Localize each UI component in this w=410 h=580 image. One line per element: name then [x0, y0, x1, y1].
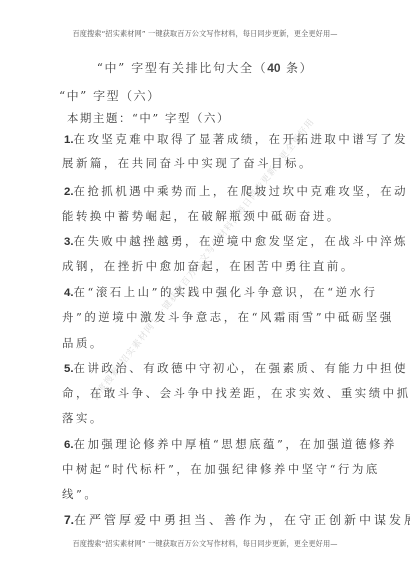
item-2-line-1: 2.在抢抓机遇中乘势而上，在爬坡过坎中克难攻坚，在动: [64, 183, 408, 199]
item-text: 在失败中越挫越勇，在逆境中愈发坚定，在战斗中淬炼: [74, 234, 409, 248]
item-5-line-3: 落实。: [62, 410, 104, 426]
section-heading: “中” 字型（六）: [59, 87, 161, 104]
item-number: 6.: [64, 439, 74, 451]
document-title: “中” 字型有关排比句大全（40 条）: [0, 59, 410, 76]
item-3-line-1: 3.在失败中越挫越勇，在逆境中愈发坚定，在战斗中淬炼: [64, 233, 408, 249]
item-3-line-2: 成钢，在挫折中愈加奋起，在困苦中勇往直前。: [62, 258, 355, 274]
item-6-line-3: 线”。: [62, 486, 98, 502]
item-number: 5.: [64, 363, 74, 375]
item-text: 在讲政治、有政德中守初心，在强素质、有能力中担使: [74, 361, 409, 375]
item-5-line-1: 5.在讲政治、有政德中守初心，在强素质、有能力中担使: [64, 360, 408, 376]
item-5-line-2: 命，在敢斗争、会斗争中找差距，在求实效、重实绩中抓: [62, 385, 410, 401]
item-number: 1.: [64, 134, 74, 146]
title-suffix: 条）: [281, 61, 314, 75]
title-number: 40: [267, 61, 280, 75]
item-text: 在抢抓机遇中乘势而上，在爬坡过坎中克难攻坚，在动: [74, 184, 409, 198]
item-4-line-1: 4.在“滚石上山”的实践中强化斗争意识，在“逆水行: [64, 284, 377, 300]
item-4-line-3: 品质。: [62, 335, 104, 351]
item-1-line-2: 展新篇，在共同奋斗中实现了奋斗目标。: [62, 155, 313, 171]
item-number: 2.: [64, 186, 74, 198]
item-6-line-2: 中树起“时代标杆”，在加强纪律修养中坚守“行为底: [62, 461, 380, 477]
item-4-line-2: 舟”的逆境中激发斗争意志，在“风霜雨雪”中砥砺坚强: [62, 309, 394, 325]
item-text: 在加强理论修养中厚植“思想底蕴”，在加强道德修养: [74, 437, 397, 451]
item-text: 在严管厚爱中勇担当、善作为，在守正创新中谋发展、: [74, 513, 410, 527]
item-7-line-1: 7.在严管厚爱中勇担当、善作为，在守正创新中谋发展、: [64, 511, 410, 528]
item-text: 在“滚石上山”的实践中强化斗争意识，在“逆水行: [74, 285, 378, 299]
item-number: 7.: [64, 513, 74, 527]
title-prefix: “中” 字型有关排比句大全（: [97, 61, 268, 75]
subtitle: 本期主题：“中” 字型（六）: [67, 110, 230, 126]
item-number: 4.: [64, 287, 74, 299]
item-1-line-1: 1.在攻坚克难中取得了显著成绩，在开拓进取中谱写了发: [64, 131, 408, 147]
document-page: 百度搜索“招实素材网” 一键获取百万公文写作材料，每日同步更新，更全更好用— 百…: [0, 0, 410, 580]
header-banner: 百度搜索“招实素材网” 一键获取百万公文写作材料，每日同步更新，更全更好用—: [0, 29, 410, 39]
item-2-line-2: 能转换中蓄势崛起，在破解瓶颈中砥砺奋进。: [62, 208, 341, 224]
item-6-line-1: 6.在加强理论修养中厚植“思想底蕴”，在加强道德修养: [64, 436, 397, 452]
footer-banner: 百度搜索“招实素材网” 一键获取百万公文写作材料，每日同步更新，更全更好用—: [0, 539, 410, 549]
item-text: 在攻坚克难中取得了显著成绩，在开拓进取中谱写了发: [74, 132, 409, 146]
item-number: 3.: [64, 236, 74, 248]
